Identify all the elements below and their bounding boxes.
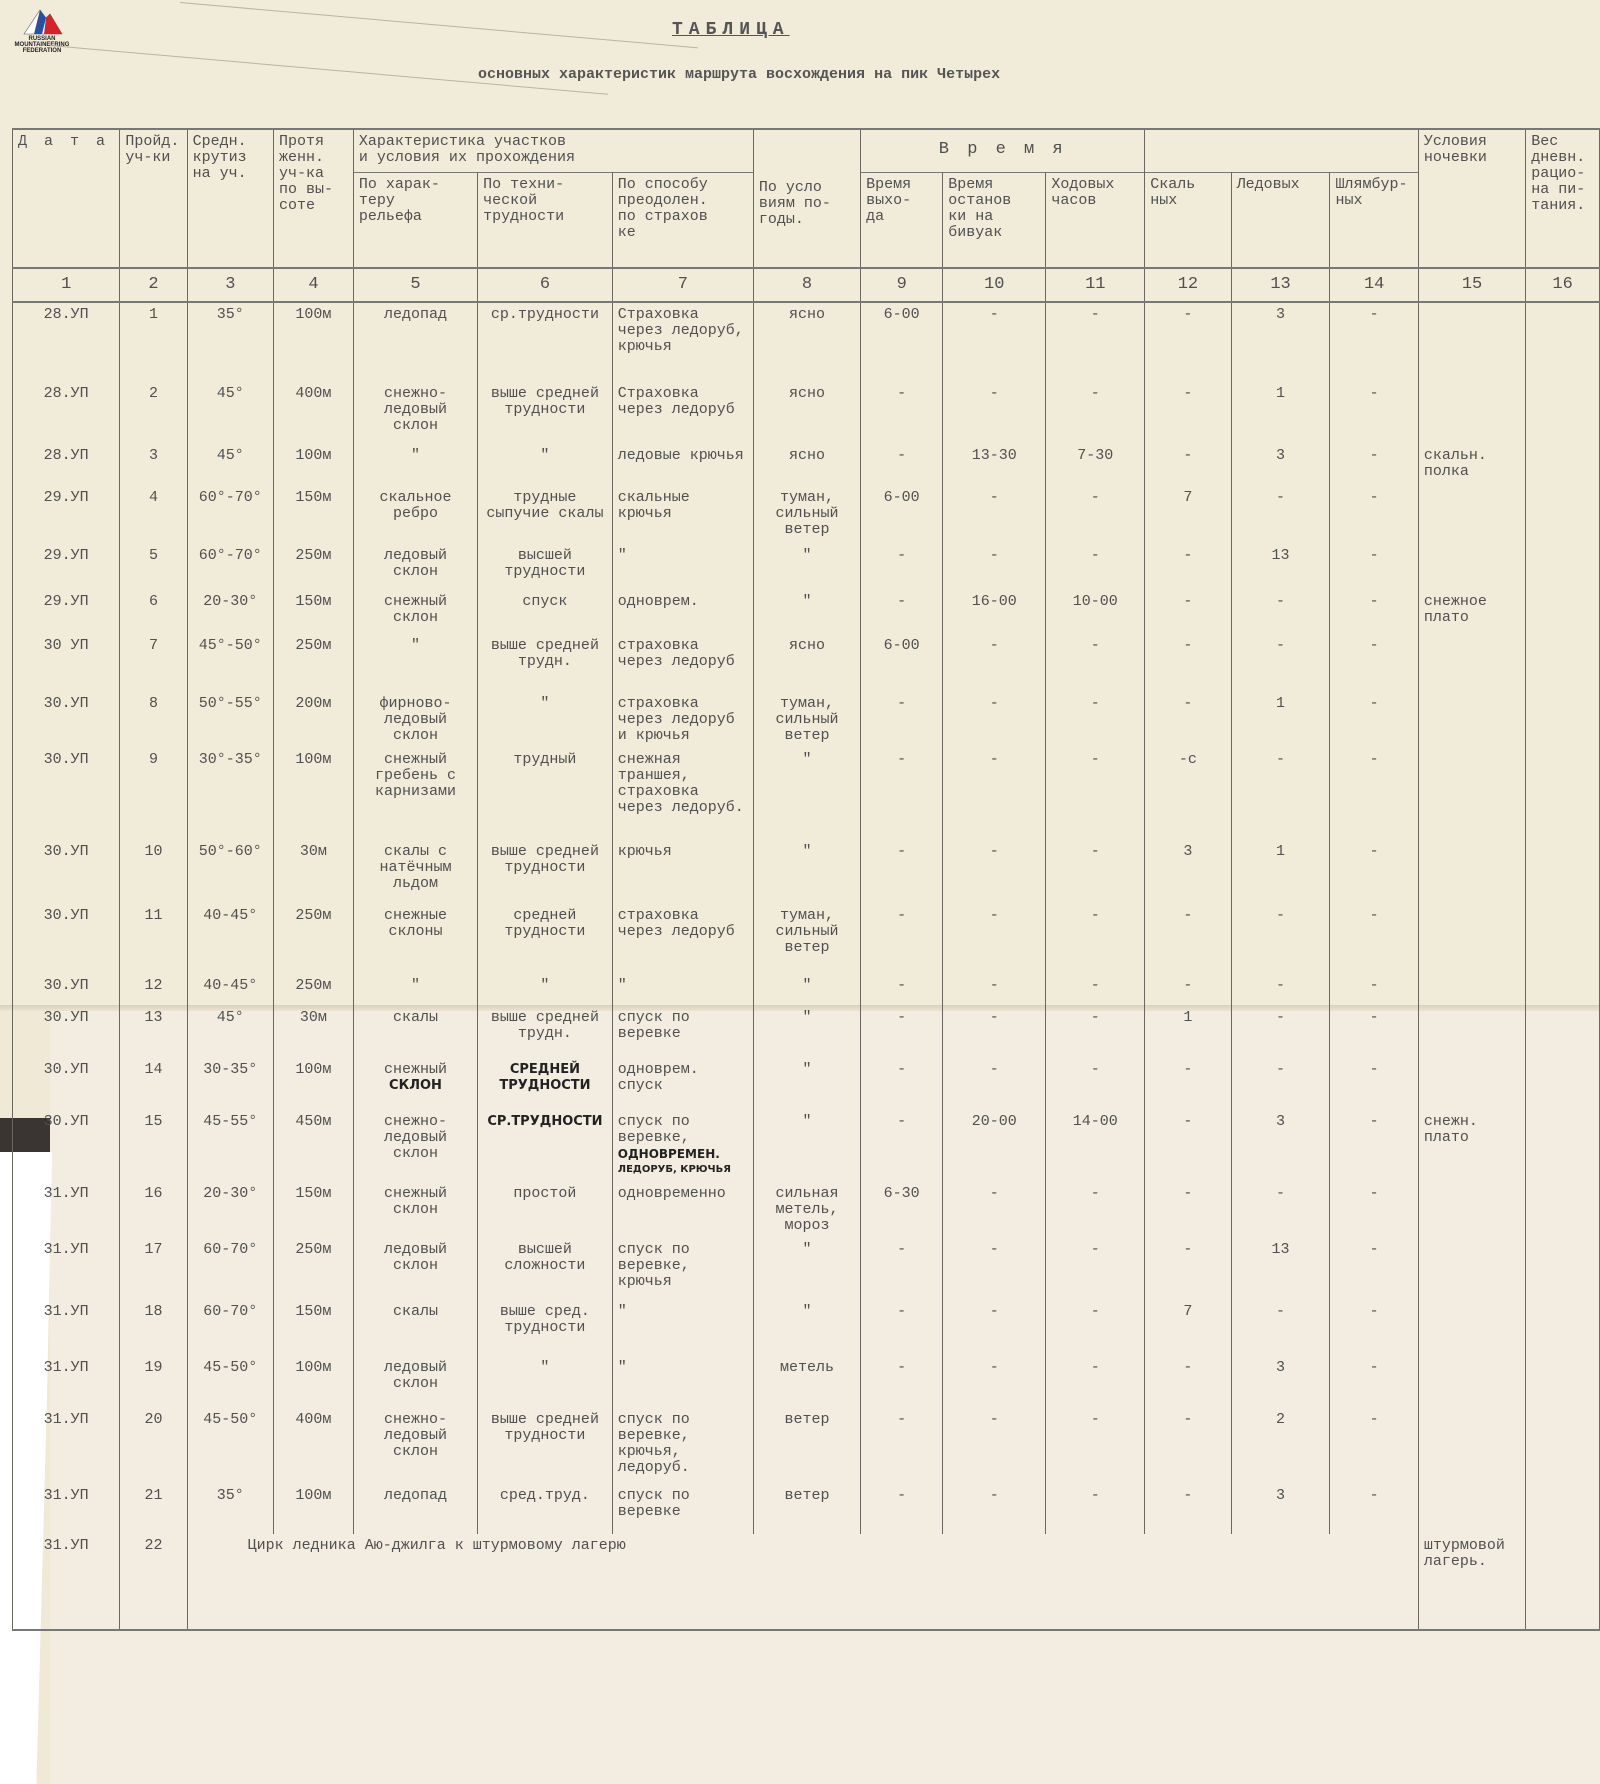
cell-rock-pitons: 1	[1145, 1006, 1231, 1058]
cell-route-description: Цирк ледника Аю-джилга к штурмовому лаге…	[187, 1534, 1418, 1630]
cell-date: 29.УП	[13, 486, 120, 544]
header-avg-steepness: Средн. крутиз на уч.	[187, 129, 273, 268]
cell-steepness: 20-30°	[187, 1182, 273, 1238]
table-row: 31.УП 18 60-70° 150м скалы выше сред. тр…	[13, 1300, 1600, 1356]
column-number: 7	[612, 268, 753, 302]
cell-bolt-pitons: -	[1330, 1238, 1418, 1300]
cell-departure-time: -	[861, 1006, 943, 1058]
cell-departure-time: -	[861, 748, 943, 840]
cell-bivouac-stop-time: -	[943, 974, 1046, 1006]
cell-tech-difficulty: выше средней трудн.	[478, 1006, 613, 1058]
cell-bolt-pitons: -	[1330, 974, 1418, 1006]
cell-belay-method: Страховка через ледоруб	[612, 382, 753, 444]
cell-tech-difficulty: выше средней трудности	[478, 840, 613, 904]
column-number: 11	[1046, 268, 1145, 302]
table-row: 30.УП 9 30°-35° 100м снежный гребень с к…	[13, 748, 1600, 840]
cell-relief: ледовый склон	[353, 1238, 477, 1300]
cell-overnight	[1418, 302, 1525, 382]
cell-overnight	[1418, 974, 1525, 1006]
cell-weather: "	[753, 1006, 860, 1058]
cell-steepness: 20-30°	[187, 590, 273, 634]
cell-rock-pitons: -	[1145, 1238, 1231, 1300]
cell-bivouac-stop-time: -	[943, 302, 1046, 382]
header-overnight: Условия ночевки	[1418, 129, 1525, 268]
table-row: 29.УП 6 20-30° 150м снежный склон спуск …	[13, 590, 1600, 634]
cell-tech-difficulty: "	[478, 1356, 613, 1408]
cell-departure-time: -	[861, 590, 943, 634]
cell-overnight: штурмовой лагерь.	[1418, 1534, 1525, 1630]
column-number: 16	[1526, 268, 1600, 302]
cell-bolt-pitons: -	[1330, 1356, 1418, 1408]
cell-walking-hours: -	[1046, 302, 1145, 382]
document-title: ТАБЛИЦА	[672, 20, 790, 40]
cell-rock-pitons: -	[1145, 1408, 1231, 1484]
cell-length: 150м	[273, 486, 353, 544]
cell-ration-weight	[1526, 382, 1600, 444]
cell-relief: снежный склон	[353, 590, 477, 634]
cell-tech-difficulty: "	[478, 444, 613, 486]
cell-bolt-pitons: -	[1330, 1182, 1418, 1238]
header-bolt-pitons: Шлямбур- ных	[1330, 173, 1418, 269]
cell-weather: метель	[753, 1356, 860, 1408]
cell-ration-weight	[1526, 692, 1600, 748]
handwritten-correction: СР.ТРУДНОСТИ	[487, 1114, 602, 1129]
header-relief: По харак- теру рельефа	[353, 173, 477, 269]
cell-overnight	[1418, 1408, 1525, 1484]
cell-overnight	[1418, 1058, 1525, 1110]
cell-section-number: 3	[120, 444, 187, 486]
cell-section-number: 6	[120, 590, 187, 634]
cell-departure-time: 6-00	[861, 486, 943, 544]
cell-bivouac-stop-time: -	[943, 1006, 1046, 1058]
cell-date: 29.УП	[13, 590, 120, 634]
header-characteristics-group: Характеристика участков и условия их про…	[353, 129, 753, 173]
typed-text: спуск по веревке,	[618, 1113, 690, 1146]
cell-date: 31.УП	[13, 1182, 120, 1238]
cell-ice-pitons: 1	[1231, 840, 1330, 904]
cell-rock-pitons: -	[1145, 1182, 1231, 1238]
cell-tech-difficulty: выше сред. трудности	[478, 1300, 613, 1356]
header-pitons-group	[1145, 129, 1419, 173]
cell-belay-method: одновременно	[612, 1182, 753, 1238]
table-row: 30.УП 10 50°-60° 30м скалы с натёчным ль…	[13, 840, 1600, 904]
cell-length: 100м	[273, 1356, 353, 1408]
cell-tech-difficulty: трудные сыпучие скалы	[478, 486, 613, 544]
cell-steepness: 45°	[187, 382, 273, 444]
cell-rock-pitons: -	[1145, 692, 1231, 748]
cell-rock-pitons: -	[1145, 634, 1231, 692]
cell-belay-method: страховка через ледоруб	[612, 634, 753, 692]
table-row: 31.УП 19 45-50° 100м ледовый склон " " м…	[13, 1356, 1600, 1408]
cell-belay-method: спуск по веревке, крючья, ледоруб.	[612, 1408, 753, 1484]
cell-length: 400м	[273, 382, 353, 444]
cell-departure-time: -	[861, 692, 943, 748]
cell-bivouac-stop-time: -	[943, 634, 1046, 692]
cell-weather: "	[753, 840, 860, 904]
cell-bolt-pitons: -	[1330, 544, 1418, 590]
header-ice-pitons: Ледовых	[1231, 173, 1330, 269]
cell-ration-weight	[1526, 748, 1600, 840]
cell-walking-hours: -	[1046, 382, 1145, 444]
cell-steepness: 50°-55°	[187, 692, 273, 748]
cell-tech-difficulty: выше средней трудности	[478, 1408, 613, 1484]
cell-bolt-pitons: -	[1330, 840, 1418, 904]
table-row: 31.УП 17 60-70° 250м ледовый склон высше…	[13, 1238, 1600, 1300]
cell-section-number: 22	[120, 1534, 187, 1630]
cell-bivouac-stop-time: -	[943, 486, 1046, 544]
cell-date: 31.УП	[13, 1356, 120, 1408]
cell-tech-difficulty: выше средней трудн.	[478, 634, 613, 692]
cell-weather: туман, сильный ветер	[753, 692, 860, 748]
cell-departure-time: -	[861, 1408, 943, 1484]
cell-date: 31.УП	[13, 1534, 120, 1630]
cell-walking-hours: -	[1046, 692, 1145, 748]
cell-walking-hours: -	[1046, 1356, 1145, 1408]
cell-bolt-pitons: -	[1330, 486, 1418, 544]
cell-departure-time: -	[861, 544, 943, 590]
cell-departure-time: -	[861, 382, 943, 444]
cell-overnight: скальн. полка	[1418, 444, 1525, 486]
cell-departure-time: -	[861, 904, 943, 974]
cell-departure-time: 6-30	[861, 1182, 943, 1238]
cell-rock-pitons: -	[1145, 1356, 1231, 1408]
cell-date: 30.УП	[13, 692, 120, 748]
cell-date: 30 УП	[13, 634, 120, 692]
cell-walking-hours: -	[1046, 486, 1145, 544]
cell-rock-pitons: -	[1145, 974, 1231, 1006]
header-belay-method: По способу преодолен. по страхов ке	[612, 173, 753, 269]
cell-bolt-pitons: -	[1330, 1300, 1418, 1356]
cell-ice-pitons: -	[1231, 1058, 1330, 1110]
cell-ice-pitons: 1	[1231, 382, 1330, 444]
table-row: 31.УП 20 45-50° 400м снежно-ледовый скло…	[13, 1408, 1600, 1484]
cell-ice-pitons: 2	[1231, 1408, 1330, 1484]
cell-belay-method: "	[612, 974, 753, 1006]
table-row: 30.УП 14 30-35° 100м снежныйСКЛОН СРЕДНЕ…	[13, 1058, 1600, 1110]
cell-ice-pitons: 3	[1231, 444, 1330, 486]
cell-bolt-pitons: -	[1330, 382, 1418, 444]
table-row: 30.УП 12 40-45° 250м " " " " - - - - - -	[13, 974, 1600, 1006]
cell-section-number: 11	[120, 904, 187, 974]
mountain-icon	[20, 6, 64, 36]
cell-ice-pitons: 3	[1231, 1110, 1330, 1182]
cell-walking-hours: -	[1046, 1006, 1145, 1058]
cell-tech-difficulty: ср.трудности	[478, 302, 613, 382]
cell-walking-hours: -	[1046, 840, 1145, 904]
cell-steepness: 30°-35°	[187, 748, 273, 840]
cell-bivouac-stop-time: 13-30	[943, 444, 1046, 486]
cell-length: 250м	[273, 904, 353, 974]
cell-departure-time: -	[861, 1300, 943, 1356]
cell-belay-method: спуск по веревке	[612, 1484, 753, 1534]
cell-length: 200м	[273, 692, 353, 748]
table-row: 29.УП 5 60°-70° 250м ледовый склон высше…	[13, 544, 1600, 590]
cell-walking-hours: -	[1046, 1058, 1145, 1110]
federation-logo: RUSSIAN MOUNTAINEERING FEDERATION	[14, 6, 70, 64]
header-walking-hours: Ходовых часов	[1046, 173, 1145, 269]
cell-ration-weight	[1526, 1356, 1600, 1408]
table-row: 28.УП 2 45° 400м снежно-ледовый склон вы…	[13, 382, 1600, 444]
cell-ice-pitons: -	[1231, 748, 1330, 840]
column-number-row: 1 2 3 4 5 6 7 8 9 10 11 12 13 14 15 16	[13, 268, 1600, 302]
cell-bivouac-stop-time: -	[943, 692, 1046, 748]
cell-ration-weight	[1526, 590, 1600, 634]
route-characteristics-table: Д а т а Пройд. уч-ки Средн. крутиз на уч…	[12, 128, 1600, 1631]
column-number: 2	[120, 268, 187, 302]
column-number: 9	[861, 268, 943, 302]
cell-length: 400м	[273, 1408, 353, 1484]
cell-weather: ясно	[753, 302, 860, 382]
cell-walking-hours: -	[1046, 1300, 1145, 1356]
cell-date: 28.УП	[13, 382, 120, 444]
cell-bivouac-stop-time: -	[943, 1408, 1046, 1484]
cell-weather: "	[753, 1238, 860, 1300]
cell-rock-pitons: -	[1145, 544, 1231, 590]
cell-belay-method: страховка через ледоруб	[612, 904, 753, 974]
handwritten-correction: СКЛОН	[359, 1078, 472, 1094]
cell-rock-pitons: 7	[1145, 1300, 1231, 1356]
cell-weather: туман, сильный ветер	[753, 904, 860, 974]
cell-length: 100м	[273, 1058, 353, 1110]
cell-departure-time: -	[861, 974, 943, 1006]
cell-length: 30м	[273, 1006, 353, 1058]
cell-ration-weight	[1526, 840, 1600, 904]
cell-departure-time: -	[861, 444, 943, 486]
cell-departure-time: -	[861, 1238, 943, 1300]
header-passed-sections: Пройд. уч-ки	[120, 129, 187, 268]
cell-weather: "	[753, 590, 860, 634]
cell-section-number: 16	[120, 1182, 187, 1238]
cell-rock-pitons: -	[1145, 1110, 1231, 1182]
cell-ration-weight	[1526, 1238, 1600, 1300]
cell-length: 450м	[273, 1110, 353, 1182]
cell-bivouac-stop-time: -	[943, 748, 1046, 840]
cell-belay-method: крючья	[612, 840, 753, 904]
header-date: Д а т а	[13, 129, 120, 268]
cell-bolt-pitons: -	[1330, 302, 1418, 382]
cell-ration-weight	[1526, 1110, 1600, 1182]
cell-belay-method: спуск по веревке	[612, 1006, 753, 1058]
cell-section-number: 10	[120, 840, 187, 904]
cell-belay-method: одноврем. спуск	[612, 1058, 753, 1110]
cell-relief: фирново-ледовый склон	[353, 692, 477, 748]
cell-relief: снежные склоны	[353, 904, 477, 974]
cell-ice-pitons: -	[1231, 486, 1330, 544]
cell-bolt-pitons: -	[1330, 1484, 1418, 1534]
document-subtitle: основных характеристик маршрута восхожде…	[478, 66, 1000, 83]
cell-ration-weight	[1526, 1300, 1600, 1356]
cell-relief: снежно-ледовый склон	[353, 1408, 477, 1484]
cell-bivouac-stop-time: -	[943, 382, 1046, 444]
cell-weather: "	[753, 1300, 860, 1356]
cell-belay-method: страховка через ледоруб и крючья	[612, 692, 753, 748]
cell-ice-pitons: -	[1231, 974, 1330, 1006]
cell-steepness: 45°	[187, 1006, 273, 1058]
cell-bolt-pitons: -	[1330, 748, 1418, 840]
cell-relief: снежныйСКЛОН	[353, 1058, 477, 1110]
cell-bivouac-stop-time: -	[943, 904, 1046, 974]
column-number: 4	[273, 268, 353, 302]
cell-section-number: 4	[120, 486, 187, 544]
cell-section-number: 18	[120, 1300, 187, 1356]
cell-steepness: 35°	[187, 1484, 273, 1534]
cell-belay-method: одноврем.	[612, 590, 753, 634]
cell-belay-method: "	[612, 1356, 753, 1408]
cell-relief: скалы с натёчным льдом	[353, 840, 477, 904]
cell-belay-method: Страховка через ледоруб, крючья	[612, 302, 753, 382]
cell-relief: снежно-ледовый склон	[353, 382, 477, 444]
cell-ration-weight	[1526, 1408, 1600, 1484]
cell-departure-time: -	[861, 1110, 943, 1182]
cell-overnight	[1418, 1356, 1525, 1408]
cell-tech-difficulty: простой	[478, 1182, 613, 1238]
cell-walking-hours: -	[1046, 1484, 1145, 1534]
cell-tech-difficulty: СРЕДНЕЙ ТРУДНОСТИ	[478, 1058, 613, 1110]
cell-length: 150м	[273, 1182, 353, 1238]
cell-bivouac-stop-time: -	[943, 1238, 1046, 1300]
cell-rock-pitons: -	[1145, 590, 1231, 634]
cell-steepness: 45-55°	[187, 1110, 273, 1182]
cell-departure-time: -	[861, 1356, 943, 1408]
cell-overnight	[1418, 840, 1525, 904]
cell-overnight	[1418, 748, 1525, 840]
handwritten-correction: СРЕДНЕЙ ТРУДНОСТИ	[499, 1062, 590, 1093]
cell-length: 100м	[273, 748, 353, 840]
cell-section-number: 21	[120, 1484, 187, 1534]
logo-line-3: FEDERATION	[14, 48, 70, 54]
column-number: 8	[753, 268, 860, 302]
cell-weather: сильная метель, мороз	[753, 1182, 860, 1238]
cell-length: 250м	[273, 544, 353, 590]
cell-date: 31.УП	[13, 1238, 120, 1300]
cell-length: 150м	[273, 1300, 353, 1356]
cell-walking-hours: -	[1046, 1408, 1145, 1484]
cell-ice-pitons: 3	[1231, 1484, 1330, 1534]
cell-length: 250м	[273, 974, 353, 1006]
cell-section-number: 19	[120, 1356, 187, 1408]
cell-section-number: 13	[120, 1006, 187, 1058]
cell-ration-weight	[1526, 302, 1600, 382]
cell-ration-weight	[1526, 1534, 1600, 1630]
column-number: 13	[1231, 268, 1330, 302]
cell-overnight	[1418, 486, 1525, 544]
table-row: 31.УП 21 35° 100м ледопад сред.труд. спу…	[13, 1484, 1600, 1534]
cell-length: 250м	[273, 1238, 353, 1300]
cell-bolt-pitons: -	[1330, 1408, 1418, 1484]
cell-overnight	[1418, 634, 1525, 692]
cell-tech-difficulty: выше средней трудности	[478, 382, 613, 444]
cell-overnight	[1418, 1300, 1525, 1356]
cell-walking-hours: -	[1046, 748, 1145, 840]
cell-section-number: 17	[120, 1238, 187, 1300]
cell-tech-difficulty: СР.ТРУДНОСТИ	[478, 1110, 613, 1182]
cell-belay-method: спуск по веревке, крючья	[612, 1238, 753, 1300]
table-row: 30.УП 8 50°-55° 200м фирново-ледовый скл…	[13, 692, 1600, 748]
cell-date: 28.УП	[13, 302, 120, 382]
cell-date: 30.УП	[13, 1110, 120, 1182]
cell-date: 30.УП	[13, 974, 120, 1006]
cell-bivouac-stop-time: -	[943, 1182, 1046, 1238]
column-number: 3	[187, 268, 273, 302]
cell-bivouac-stop-time: 20-00	[943, 1110, 1046, 1182]
cell-rock-pitons: -	[1145, 904, 1231, 974]
table-row: 30.УП 11 40-45° 250м снежные склоны сред…	[13, 904, 1600, 974]
cell-departure-time: 6-00	[861, 634, 943, 692]
cell-ration-weight	[1526, 1058, 1600, 1110]
cell-overnight	[1418, 692, 1525, 748]
cell-relief: "	[353, 444, 477, 486]
cell-walking-hours: 10-00	[1046, 590, 1145, 634]
cell-date: 30.УП	[13, 1006, 120, 1058]
table-row: 30.УП 15 45-55° 450м снежно-ледовый скло…	[13, 1110, 1600, 1182]
table-row: 30 УП 7 45°-50° 250м " выше средней труд…	[13, 634, 1600, 692]
cell-ice-pitons: 1	[1231, 692, 1330, 748]
cell-bolt-pitons: -	[1330, 1006, 1418, 1058]
cell-tech-difficulty: "	[478, 692, 613, 748]
cell-bolt-pitons: -	[1330, 904, 1418, 974]
cell-ration-weight	[1526, 904, 1600, 974]
cell-walking-hours: -	[1046, 1238, 1145, 1300]
cell-departure-time: -	[861, 1484, 943, 1534]
cell-bivouac-stop-time: -	[943, 544, 1046, 590]
cell-date: 31.УП	[13, 1408, 120, 1484]
cell-bivouac-stop-time: -	[943, 1484, 1046, 1534]
cell-section-number: 15	[120, 1110, 187, 1182]
cell-ration-weight	[1526, 544, 1600, 590]
cell-tech-difficulty: спуск	[478, 590, 613, 634]
cell-relief: ледовый склон	[353, 1356, 477, 1408]
cell-relief: скалы	[353, 1006, 477, 1058]
cell-rock-pitons: -	[1145, 1484, 1231, 1534]
cell-steepness: 40-45°	[187, 904, 273, 974]
column-number: 12	[1145, 268, 1231, 302]
cell-ice-pitons: 13	[1231, 544, 1330, 590]
cell-ration-weight	[1526, 444, 1600, 486]
typed-text: снежный	[384, 1061, 447, 1078]
cell-steepness: 45-50°	[187, 1408, 273, 1484]
cell-section-number: 1	[120, 302, 187, 382]
cell-belay-method: спуск по веревке,ОДНОВРЕМЕН.ЛЕДОРУБ, КРЮ…	[612, 1110, 753, 1182]
cell-belay-method: снежная траншея, страховка через ледоруб…	[612, 748, 753, 840]
cell-date: 30.УП	[13, 840, 120, 904]
cell-relief: снежный гребень с карнизами	[353, 748, 477, 840]
cell-ration-weight	[1526, 1006, 1600, 1058]
cell-section-number: 8	[120, 692, 187, 748]
cell-walking-hours: 14-00	[1046, 1110, 1145, 1182]
cell-rock-pitons: -с	[1145, 748, 1231, 840]
cell-length: 250м	[273, 634, 353, 692]
cell-overnight: снежн. плато	[1418, 1110, 1525, 1182]
cell-bolt-pitons: -	[1330, 590, 1418, 634]
cell-tech-difficulty: высшей трудности	[478, 544, 613, 590]
cell-date: 29.УП	[13, 544, 120, 590]
cell-walking-hours: -	[1046, 1182, 1145, 1238]
cell-ice-pitons: 3	[1231, 1356, 1330, 1408]
cell-ration-weight	[1526, 974, 1600, 1006]
cell-tech-difficulty: средней трудности	[478, 904, 613, 974]
cell-steepness: 60°-70°	[187, 486, 273, 544]
handwritten-correction: ОДНОВРЕМЕН.	[618, 1146, 748, 1162]
cell-ice-pitons: -	[1231, 1182, 1330, 1238]
cell-steepness: 50°-60°	[187, 840, 273, 904]
header-weather: По усло виям по- годы.	[753, 129, 860, 268]
cell-rock-pitons: 7	[1145, 486, 1231, 544]
cell-overnight	[1418, 382, 1525, 444]
cell-section-number: 5	[120, 544, 187, 590]
cell-ice-pitons: -	[1231, 904, 1330, 974]
cell-overnight	[1418, 1484, 1525, 1534]
header-length: Протя женн. уч-ка по вы- соте	[273, 129, 353, 268]
